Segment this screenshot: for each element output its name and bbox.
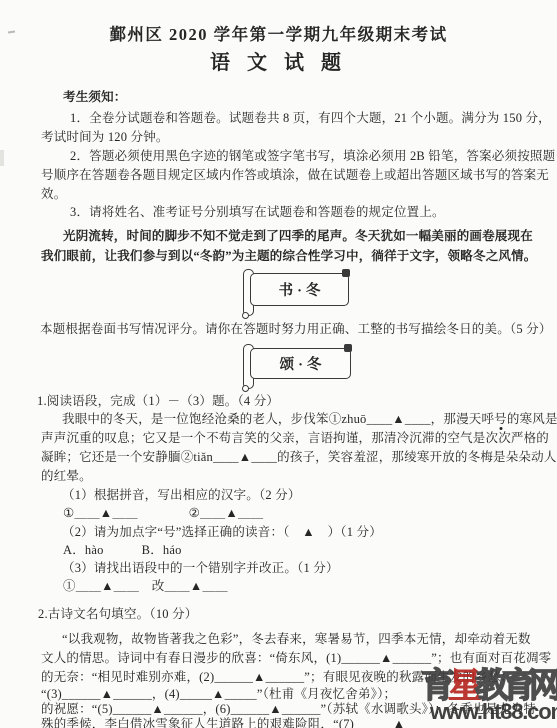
exam-title: 鄞州区 2020 学年第一学期九年级期末考试 [0, 27, 557, 42]
notice-line: 3．请将姓名、准考证号分别填写在试题卷和答题卷的规定位置上。 [70, 205, 445, 220]
notice-line: 1．全卷分试题卷和答题卷。试题卷共 8 页，有四个大题，21 个小题。满分为 1… [70, 111, 551, 126]
q2-line: “(3)______▲______，(4)_____▲_____”（杜甫《月夜忆… [41, 687, 396, 702]
q1-passage-line: 的红晕。 [41, 469, 92, 484]
banner-label: 颂·冬 [250, 348, 351, 379]
q1-passage-line: 凝眸；它还是一个安静腼②tiǎn____▲____的孩子，笑容羞涩，那绫寒开放的… [41, 450, 557, 465]
subject-title: 语 文 试 题 [0, 56, 557, 71]
q1-sub1-label: （1）根据拼音，写出相应的汉字。（2 分） [62, 488, 301, 503]
intro-line: 我们眼前，让我们参与到以“冬韵”为主题的综合性学习中，徜徉于文字，领略冬之风情。 [41, 249, 537, 264]
q2-line: 文人的情思。诗词中有春日漫步的欣喜：“倚东风，(1)______▲______”… [41, 651, 551, 666]
exam-paper-page: 鄞州区 2020 学年第一学期九年级期末考试 语 文 试 题 考生须知： 1．全… [0, 0, 557, 728]
q2-heading: 2.古诗文名句填空。（10 分） [38, 607, 197, 622]
q1-sub2-label: （2）请为加点字“号”选择正确的读音：（ ▲ ）（1 分） [62, 525, 382, 540]
q2-line: 的祝愿：“(5)______▲______，(6)______▲______”（… [41, 702, 536, 717]
writing-note: 本题根据卷面书写情况评分。请你在答题时努力用正确、工整的书写描绘冬日的美。（5 … [40, 322, 552, 337]
notice-line: 考试时间为 120 分钟。 [41, 130, 169, 145]
q1-sub3-answer-blanks: ①＿＿▲＿＿ 改＿＿▲＿＿ [63, 579, 228, 594]
q1-passage-line: 我眼中的冬天，是一位饱经沧桑的老人，步伐笨①zhuō____▲____，那漫天呼… [62, 412, 557, 427]
intro-line: 光阴流转，时间的脚步不知不觉走到了四季的尾声。冬天犹如一幅美丽的画卷展现在 [63, 229, 533, 244]
scroll-knob-icon [342, 269, 350, 277]
notice-heading: 考生须知： [63, 90, 127, 105]
q2-line: “以我观物，故物皆著我之色彩”，冬去春来，寒暑易节，四季本无情，却牵动着无数 [62, 632, 531, 647]
q1-passage-line: 声声沉重的叹息；它又是一个不苟言笑的父亲，言语拘谨，那清冷沉滞的空气是次次严格的 [41, 431, 549, 446]
scroll-banner-song-dong: 颂·冬 [250, 348, 351, 379]
q1-heading: 1.阅读语段，完成（1）－（3）题。（4 分） [37, 394, 279, 409]
q1-sub2-options: A．hào B．háo [63, 543, 182, 558]
emphasized-char: 号 [494, 412, 507, 427]
q2-line: 殊的季候，李白借冰雪象征人生道路上的艰难险阻，“(7)______▲______ [41, 717, 444, 728]
q1-sub1-answer-blanks: ①＿＿▲＿＿ ②＿＿▲＿＿ [63, 506, 263, 521]
q1-sub3-label: （3）请找出语段中的一个错别字并改正。（1 分） [62, 561, 339, 576]
scroll-knob-icon [344, 344, 352, 352]
watermark-char: 网 [529, 667, 556, 705]
q2-line: 的无奈：“相见时难别亦难，(2)______▲______”；有眼见夜晚的秋露而… [41, 670, 513, 685]
notice-line: 号顺序在答题卷各题目规定区域内作答或填涂，做在试题卷上或超出答题区域书写的答案无 [41, 168, 549, 183]
notice-line: 2．答题必须使用黑色字迹的钢笔或签字笔书写，填涂必须用 2B 铅笔，答案必须按照… [70, 149, 555, 164]
banner-label: 书·冬 [250, 273, 349, 306]
passage-text: 的寒风是 [507, 412, 557, 426]
notice-line: 效。 [41, 187, 66, 202]
scroll-banner-shu-dong: 书·冬 [250, 273, 349, 306]
passage-text: 我眼中的冬天，是一位饱经沧桑的老人，步伐笨①zhuō____▲____，那漫天呼 [62, 412, 494, 426]
scan-artifact-smudge [0, 150, 4, 166]
